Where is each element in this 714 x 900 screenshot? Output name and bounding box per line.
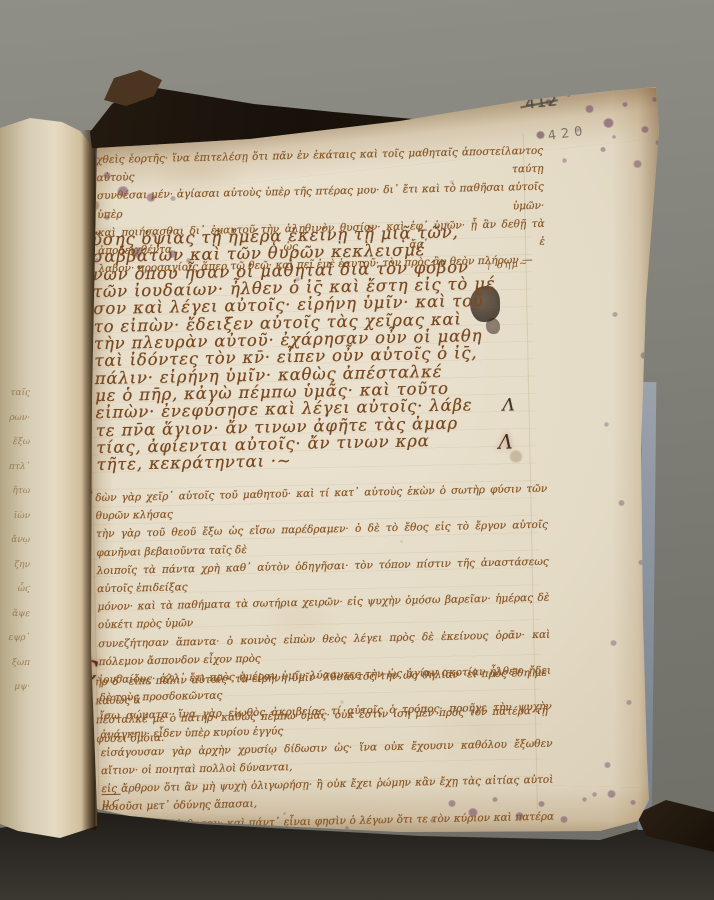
text-fragment: ὧϛ	[0, 584, 34, 609]
text-fragment: εψρ᾽	[0, 633, 34, 658]
folio-number-pencil: 420	[547, 123, 589, 144]
text-fragment: ξωπ	[0, 657, 34, 682]
margin-letter-lambda-2: Λ	[498, 429, 513, 453]
text-fragment: ταῖς	[0, 388, 34, 413]
closing-text-block: Ϲ ὴρ δ᾽ εἶπε πάλιν αὐτοῖς· τὸ εἰρήνη ὑμῖ…	[95, 664, 548, 749]
gospel-text-block: Ο ὔσης ὀψίας τῇ ἡμέρᾳ ἐκείνῃ τῇ μιᾷ τῶν,…	[92, 222, 526, 474]
text-fragment: ϊὼν	[0, 510, 34, 535]
text-fragment: ἕξω	[0, 437, 34, 462]
text-fragment: ρων·	[0, 412, 34, 437]
manuscript-photograph: ταῖςρων·ἕξωπτλ᾽ἤτωϊὼνἄνῳζηνὧϛἄψεεψρ᾽ξωπμ…	[0, 0, 714, 900]
text-fragment: πτλ᾽	[0, 461, 34, 486]
quire-signature: μϛ	[102, 795, 121, 810]
text-fragment: ζην	[0, 559, 34, 584]
text-fragment: ἄνῳ	[0, 535, 34, 560]
text-fragment: ἤτω	[0, 486, 34, 511]
facing-page-line-ends: ταῖςρων·ἕξωπτλ᾽ἤτωϊὼνἄνῳζηνὧϛἄψεεψρ᾽ξωπμ…	[0, 388, 34, 707]
margin-letter-lambda-1: Λ	[502, 395, 515, 415]
text-fragment: ἄψε	[0, 608, 34, 633]
text-fragment: μψ·	[0, 682, 34, 707]
